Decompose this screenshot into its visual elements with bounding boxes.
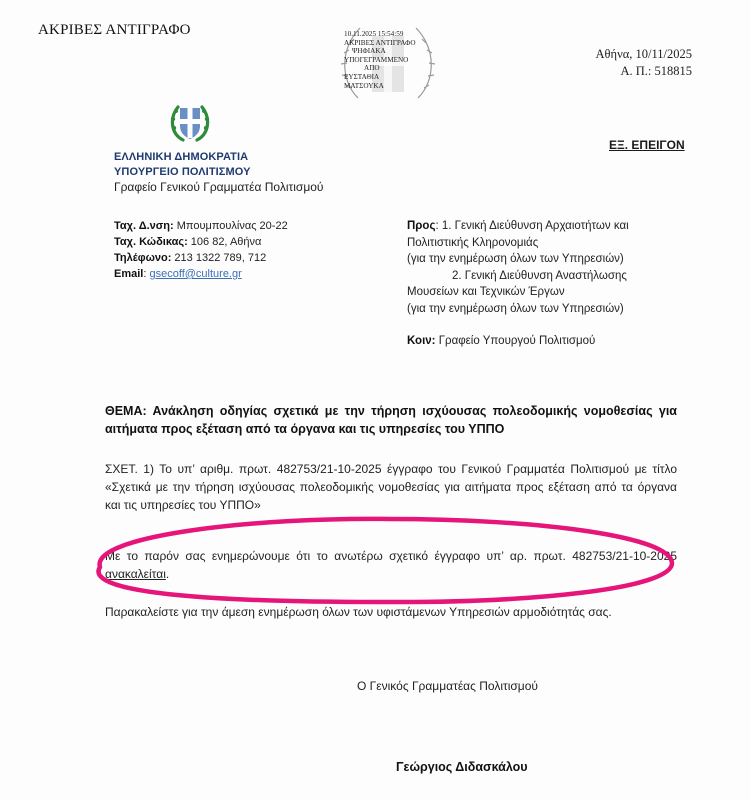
recipient-1-line: Προς: 1. Γενική Διεύθυνση Αρχαιοτήτων κα… [407, 218, 697, 235]
signer-title: Ο Γενικός Γραμματέας Πολιτισμού [357, 679, 538, 693]
revocation-paragraph: Με το παρόν σας ενημερώνουμε ότι το ανωτ… [105, 547, 677, 583]
recipient-1-line: Πολιτιστικής Κληρονομιάς [407, 235, 697, 252]
stamp-signer-first: ΕΥΣΤΑΘΙΑ [344, 73, 416, 82]
subject-heading: ΘΕΜΑ: Ανάκληση οδηγίας σχετικά με την τή… [105, 402, 677, 438]
protocol-number: Α. Π.: 518815 [596, 63, 692, 80]
ministry-name: ΥΠΟΥΡΓΕΙΟ ΠΟΛΙΤΙΣΜΟΥ [114, 165, 323, 180]
greek-coat-of-arms-icon [168, 100, 212, 144]
recipient-2-line: Μουσείων και Τεχνικών Έργων [407, 284, 697, 301]
recipient-1-note: (για την ενημέρωση όλων των Υπηρεσιών) [407, 251, 697, 268]
stamp-line: ΑΠΟ [344, 64, 416, 73]
revoked-emphasis: ανακαλείται [105, 567, 166, 581]
stamp-line: ΨΗΦΙΑΚΑ [344, 47, 416, 56]
recipient-2-line: 2. Γενική Διεύθυνση Αναστήλωσης [407, 268, 697, 285]
certified-copy-label: ΑΚΡΙΒΕΣ ΑΝΤΙΓΡΑΦΟ [38, 22, 191, 39]
stamp-signer-last: ΜΑΤΣΟΥΚΑ [344, 82, 416, 91]
recipients-block: Προς: 1. Γενική Διεύθυνση Αρχαιοτήτων κα… [407, 218, 697, 350]
street-address: Ταχ. Δ.νση: Μπουμπουλίνας 20-22 [114, 218, 288, 234]
office-name: Γραφείο Γενικού Γραμματέα Πολιτισμού [114, 180, 323, 195]
request-paragraph: Παρακαλείστε για την άμεση ενημέρωση όλω… [105, 603, 677, 621]
postal-code: Ταχ. Κώδικας: 106 82, Αθήνα [114, 234, 288, 250]
stamp-line: ΥΠΟΓΕΓΡΑΜΜΕΝΟ [344, 56, 416, 65]
signer-name: Γεώργιος Διδασκάλου [396, 760, 528, 774]
date-protocol-block: Αθήνα, 10/11/2025 Α. Π.: 518815 [596, 46, 692, 80]
stamp-line: ΑΚΡΙΒΕΣ ΑΝΤΙΓΡΑΦΟ [344, 39, 416, 48]
cc-line: Κοιν: Γραφείο Υπουργού Πολιτισμού [407, 333, 697, 350]
ministry-header: ΕΛΛΗΝΙΚΗ ΔΗΜΟΚΡΑΤΙΑ ΥΠΟΥΡΓΕΙΟ ΠΟΛΙΤΙΣΜΟΥ… [114, 150, 323, 195]
digital-signature-stamp: 10.11.2025 15:54:59 ΑΚΡΙΒΕΣ ΑΝΤΙΓΡΑΦΟ ΨΗ… [338, 18, 438, 110]
email: Email: gsecoff@culture.gr [114, 266, 288, 282]
recipient-2-note: (για την ενημέρωση όλων των Υπηρεσιών) [407, 301, 697, 318]
stamp-timestamp: 10.11.2025 15:54:59 [344, 30, 416, 39]
email-link[interactable]: gsecoff@culture.gr [149, 268, 241, 280]
reference-paragraph: ΣΧΕΤ. 1) Το υπ’ αριθμ. πρωτ. 482753/21-1… [105, 460, 677, 514]
contact-address-block: Ταχ. Δ.νση: Μπουμπουλίνας 20-22 Ταχ. Κώδ… [114, 218, 288, 282]
document-date: Αθήνα, 10/11/2025 [596, 46, 692, 63]
urgency-label: ΕΞ. ΕΠΕΙΓΟΝ [609, 138, 685, 152]
republic-name: ΕΛΛΗΝΙΚΗ ΔΗΜΟΚΡΑΤΙΑ [114, 150, 323, 165]
phone: Τηλέφωνο: 213 1322 789, 712 [114, 250, 288, 266]
